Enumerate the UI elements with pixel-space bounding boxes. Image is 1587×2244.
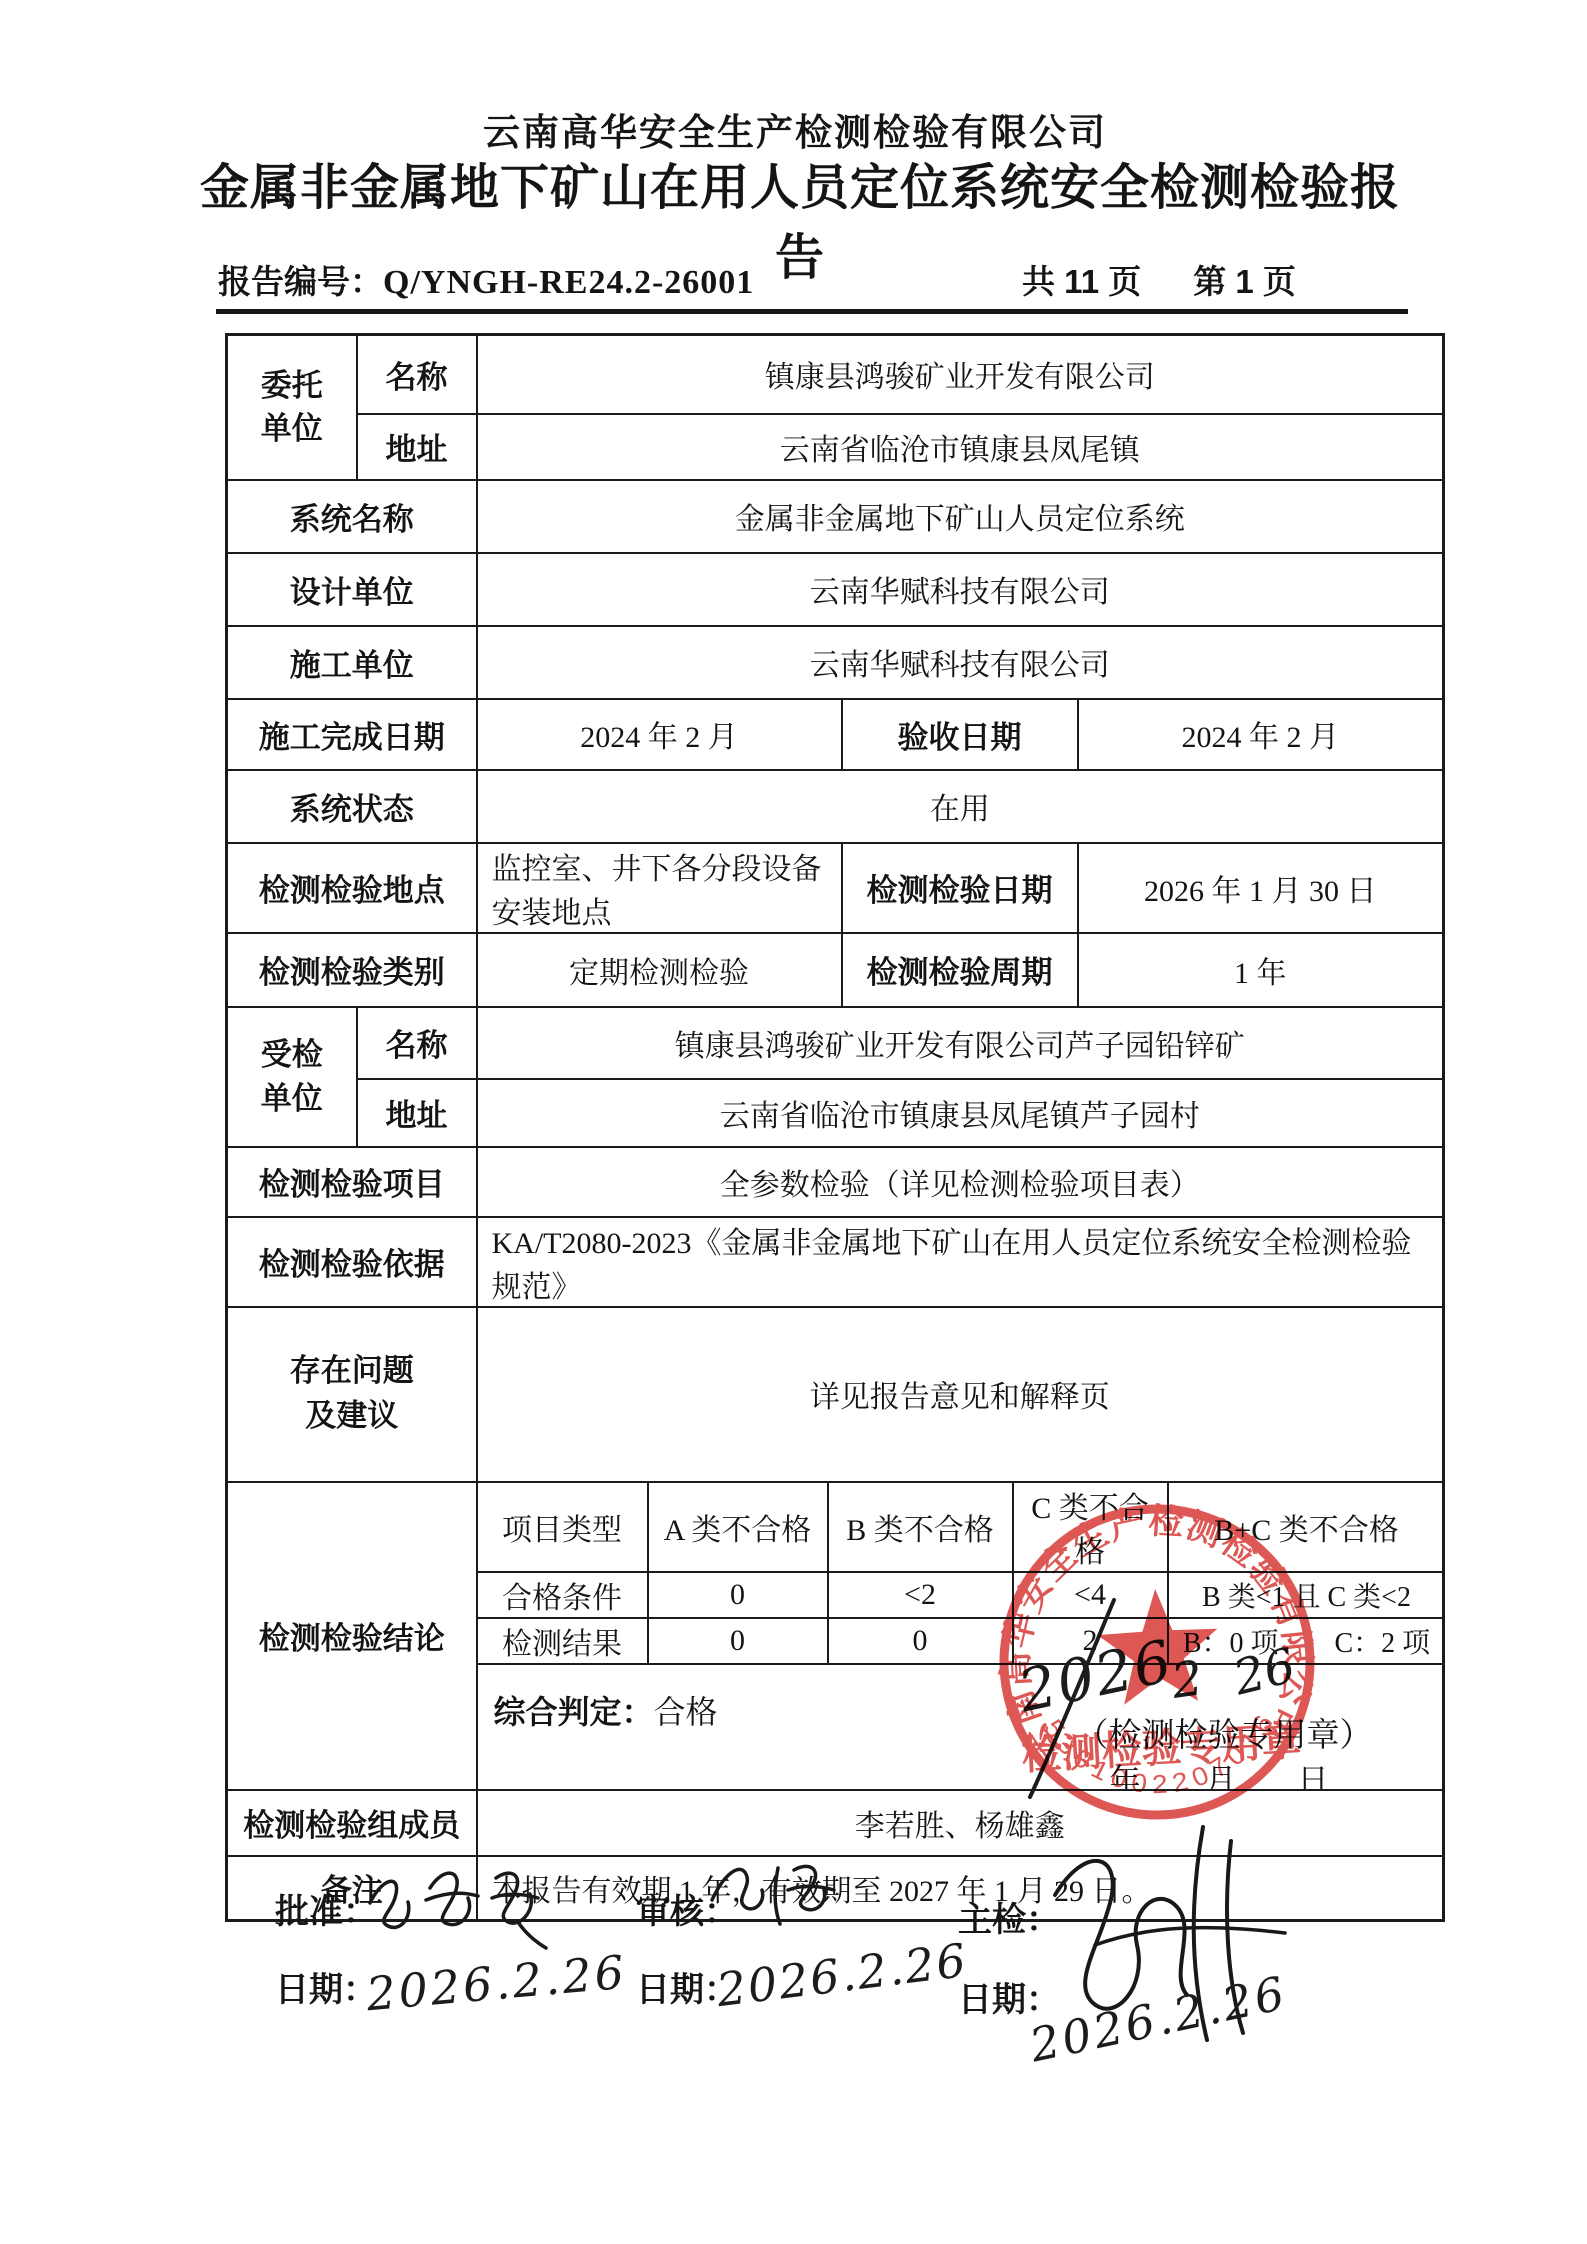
client-addr-value: 云南省临沧市镇康县凤尾镇 [477, 414, 1444, 480]
review-date-value: 2026.2.26 [714, 1933, 971, 2017]
system-name-value: 金属非金属地下矿山人员定位系统 [477, 480, 1444, 553]
inspected-name-value: 镇康县鸿骏矿业开发有限公司芦子园铅锌矿 [477, 1007, 1444, 1079]
inspect-type-value: 定期检测检验 [477, 933, 842, 1007]
construct-date-value: 2024 年 2 月 [477, 699, 842, 770]
construct-unit-value: 云南华赋科技有限公司 [477, 626, 1444, 699]
client-addr-label: 地址 [357, 414, 477, 480]
inspect-place-label: 检测检验地点 [227, 843, 477, 933]
construct-unit-label: 施工单位 [227, 626, 477, 699]
reviewer-signature [700, 1840, 860, 1940]
col-header-item-type: 项目类型 [478, 1483, 648, 1572]
inspect-cycle-label: 检测检验周期 [842, 933, 1078, 1007]
client-group-label: 委托单位 [227, 335, 357, 480]
report-number-value: Q/YNGH-RE24.2-26001 [383, 264, 754, 301]
pass-condition-label: 合格条件 [478, 1572, 648, 1618]
verdict-value: 合格 [654, 1694, 718, 1730]
result-label: 检测结果 [478, 1618, 648, 1664]
approver-signature [360, 1848, 550, 1958]
design-unit-label: 设计单位 [227, 553, 477, 626]
system-name-label: 系统名称 [227, 480, 477, 553]
header-rule [216, 309, 1408, 314]
pass-condition-a: 0 [648, 1572, 828, 1618]
basis-value: KA/T2080-2023《金属非金属地下矿山在用人员定位系统安全检测检验规范》 [477, 1217, 1444, 1307]
inspected-addr-label: 地址 [357, 1079, 477, 1147]
inspect-place-value: 监控室、井下各分段设备安装地点 [477, 843, 842, 933]
accept-date-value: 2024 年 2 月 [1078, 699, 1444, 770]
items-label: 检测检验项目 [227, 1147, 477, 1217]
page-indicator: 共 11 页 第 1 页 [1022, 256, 1296, 303]
inspect-cycle-value: 1 年 [1078, 933, 1444, 1007]
client-name-value: 镇康县鸿骏矿业开发有限公司 [477, 335, 1444, 414]
conclusion-label: 检测检验结论 [227, 1482, 477, 1790]
members-label: 检测检验组成员 [227, 1790, 477, 1856]
report-number-label: 报告编号： [218, 263, 383, 300]
accept-date-label: 验收日期 [842, 699, 1078, 770]
page-current: 第 1 页 [1193, 256, 1296, 303]
inspect-date-label: 检测检验日期 [842, 843, 1078, 933]
system-status-value: 在用 [477, 770, 1444, 843]
inspected-name-label: 名称 [357, 1007, 477, 1079]
result-a: 0 [648, 1618, 828, 1664]
construct-date-label: 施工完成日期 [227, 699, 477, 770]
seal-star-icon [1095, 1586, 1221, 1706]
overall-verdict: 综合判定：合格 [494, 1687, 718, 1733]
inspect-date-value: 2026 年 1 月 30 日 [1078, 843, 1444, 933]
page-total: 共 11 页 [1022, 256, 1141, 303]
design-unit-value: 云南华赋科技有限公司 [477, 553, 1444, 626]
basis-label: 检测检验依据 [227, 1217, 477, 1307]
report-number: 报告编号：Q/YNGH-RE24.2-26001 [218, 256, 754, 303]
client-name-label: 名称 [357, 335, 477, 414]
approve-date-label: 日期： [275, 1962, 377, 2011]
company-title: 云南高华安全生产检测检验有限公司 [200, 102, 1390, 156]
verdict-label: 综合判定： [494, 1694, 654, 1730]
items-value: 全参数检验（详见检测检验项目表） [477, 1147, 1444, 1217]
problems-value: 详见报告意见和解释页 [477, 1307, 1444, 1482]
system-status-label: 系统状态 [227, 770, 477, 843]
report-page: 云南高华安全生产检测检验有限公司 金属非金属地下矿山在用人员定位系统安全检测检验… [0, 0, 1587, 2244]
inspect-type-label: 检测检验类别 [227, 933, 477, 1007]
company-seal-stamp: 云南高华安全生产检测检验有限公司 检测检验专用章 5301002207016 [978, 1483, 1335, 1840]
problems-label: 存在问题及建议 [227, 1307, 477, 1482]
inspected-group-label: 受检单位 [227, 1007, 357, 1147]
inspected-addr-value: 云南省临沧市镇康县凤尾镇芦子园村 [477, 1079, 1444, 1147]
col-header-class-a: A 类不合格 [648, 1483, 828, 1572]
